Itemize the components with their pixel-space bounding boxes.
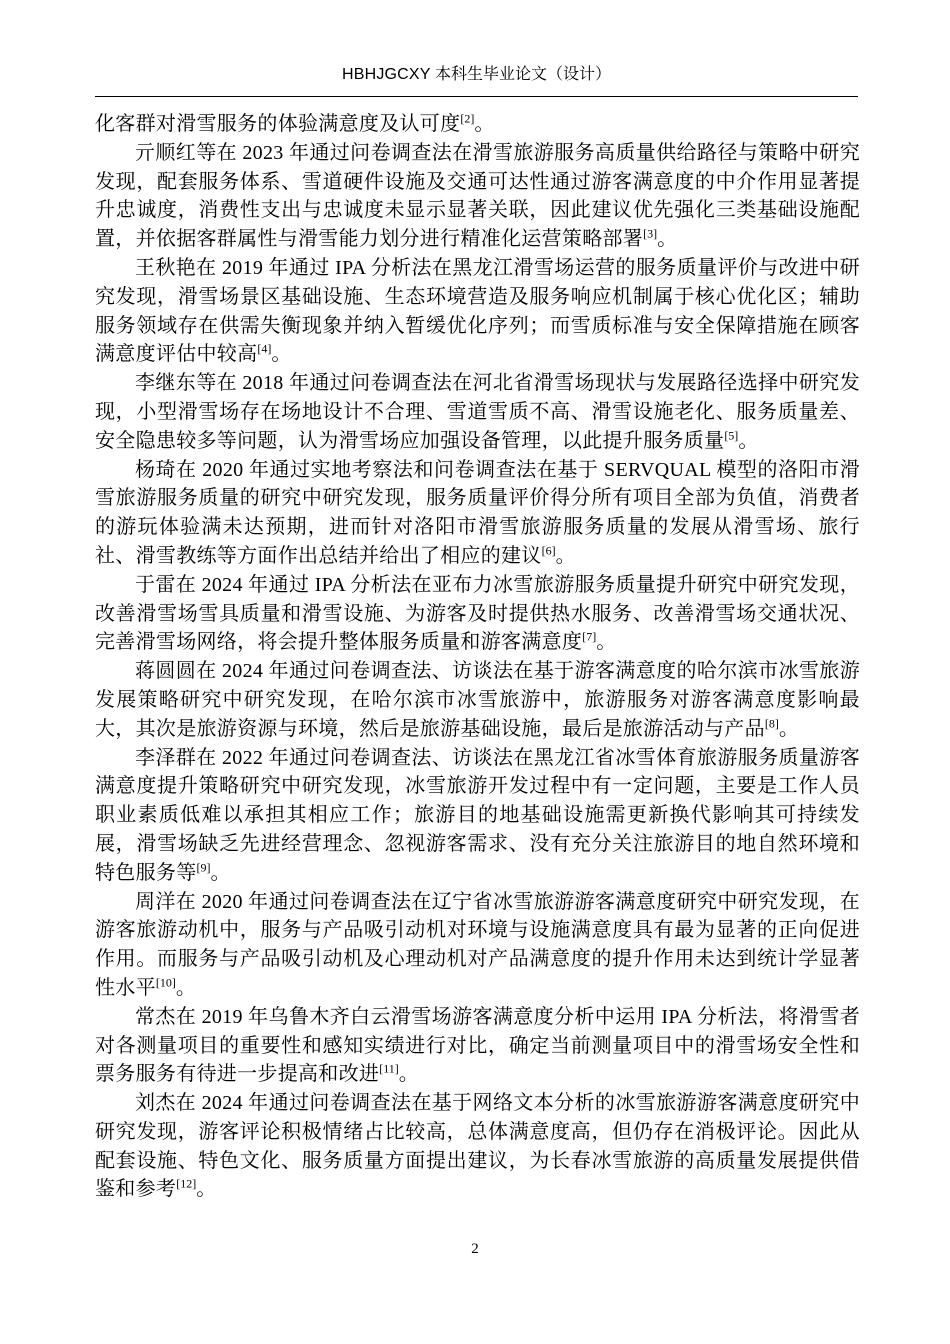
paragraph-tail: 。 [211, 862, 231, 884]
paragraph-text: 周洋在 2020 年通过问卷调查法在辽宁省冰雪旅游游客满意度研究中研究发现，在游… [95, 891, 860, 999]
body-paragraph: 化客群对滑雪服务的体验满意度及认可度[2]。 [95, 110, 860, 139]
paragraph-tail: 。 [596, 631, 616, 653]
body-paragraph: 李继东等在 2018 年通过问卷调查法在河北省滑雪场现状与发展路径选择中研究发现… [95, 369, 860, 455]
paragraph-tail: 。 [556, 545, 576, 567]
citation-ref: [2] [460, 111, 474, 125]
paragraph-text: 杨琦在 2020 年通过实地考察法和问卷调查法在基于 SERVQUAL 模型的洛… [95, 459, 860, 567]
document-page: HBHJGCXY 本科生毕业论文（设计） 化客群对滑雪服务的体验满意度及认可度[… [0, 0, 950, 1344]
paragraph-text: 于雷在 2024 年通过 IPA 分析法在亚布力冰雪旅游服务质量提升研究中研究发… [95, 574, 860, 654]
citation-ref: [4] [257, 342, 271, 356]
paragraph-text: 常杰在 2019 年乌鲁木齐白云滑雪场游客满意度分析中运用 IPA 分析法，将滑… [95, 1006, 860, 1086]
citation-ref: [7] [582, 630, 596, 644]
body-paragraph: 常杰在 2019 年乌鲁木齐白云滑雪场游客满意度分析中运用 IPA 分析法，将滑… [95, 1003, 860, 1089]
page-footer: 2 [0, 1241, 950, 1258]
document-body: 化客群对滑雪服务的体验满意度及认可度[2]。亓顺红等在 2023 年通过问卷调查… [95, 110, 860, 1204]
citation-ref: [5] [724, 428, 738, 442]
body-paragraph: 亓顺红等在 2023 年通过问卷调查法在滑雪旅游服务高质量供给路径与策略中研究发… [95, 139, 860, 254]
body-paragraph: 周洋在 2020 年通过问卷调查法在辽宁省冰雪旅游游客满意度研究中研究发现，在游… [95, 888, 860, 1003]
citation-ref: [10] [156, 975, 176, 989]
body-paragraph: 于雷在 2024 年通过 IPA 分析法在亚布力冰雪旅游服务质量提升研究中研究发… [95, 571, 860, 657]
paragraph-text: 亓顺红等在 2023 年通过问卷调查法在滑雪旅游服务高质量供给路径与策略中研究发… [95, 142, 860, 250]
citation-ref: [6] [542, 543, 556, 557]
body-paragraph: 李泽群在 2022 年通过问卷调查法、访谈法在黑龙江省冰雪体育旅游服务质量游客满… [95, 744, 860, 888]
paragraph-tail: 。 [657, 228, 677, 250]
paragraph-text: 蒋圆圆在 2024 年通过问卷调查法、访谈法在基于游客满意度的哈尔滨市冰雪旅游发… [95, 660, 860, 740]
paragraph-text: 王秋艳在 2019 年通过 IPA 分析法在黑龙江滑雪场运营的服务质量评价与改进… [95, 257, 860, 365]
paragraph-tail: 。 [399, 1063, 419, 1085]
paragraph-tail: 。 [738, 430, 758, 452]
paragraph-tail: 。 [176, 977, 196, 999]
header-school-code: HBHJGCXY [342, 66, 435, 83]
body-paragraph: 蒋圆圆在 2024 年通过问卷调查法、访谈法在基于游客满意度的哈尔滨市冰雪旅游发… [95, 657, 860, 743]
paragraph-tail: 。 [196, 1178, 216, 1200]
paragraph-tail: 。 [271, 343, 291, 365]
paragraph-tail: 。 [474, 113, 494, 135]
paragraph-tail: 。 [779, 718, 799, 740]
citation-ref: [12] [176, 1177, 196, 1191]
citation-ref: [9] [197, 860, 211, 874]
body-paragraph: 王秋艳在 2019 年通过 IPA 分析法在黑龙江滑雪场运营的服务质量评价与改进… [95, 254, 860, 369]
citation-ref: [8] [765, 716, 779, 730]
body-paragraph: 刘杰在 2024 年通过问卷调查法在基于网络文本分析的冰雪旅游游客满意度研究中研… [95, 1089, 860, 1204]
header-title: 本科生毕业论文（设计） [435, 66, 611, 83]
page-number: 2 [471, 1241, 479, 1257]
body-paragraph: 杨琦在 2020 年通过实地考察法和问卷调查法在基于 SERVQUAL 模型的洛… [95, 456, 860, 571]
paragraph-text: 化客群对滑雪服务的体验满意度及认可度 [95, 113, 460, 135]
page-header: HBHJGCXY 本科生毕业论文（设计） [95, 63, 858, 97]
citation-ref: [3] [643, 227, 657, 241]
citation-ref: [11] [379, 1062, 399, 1076]
